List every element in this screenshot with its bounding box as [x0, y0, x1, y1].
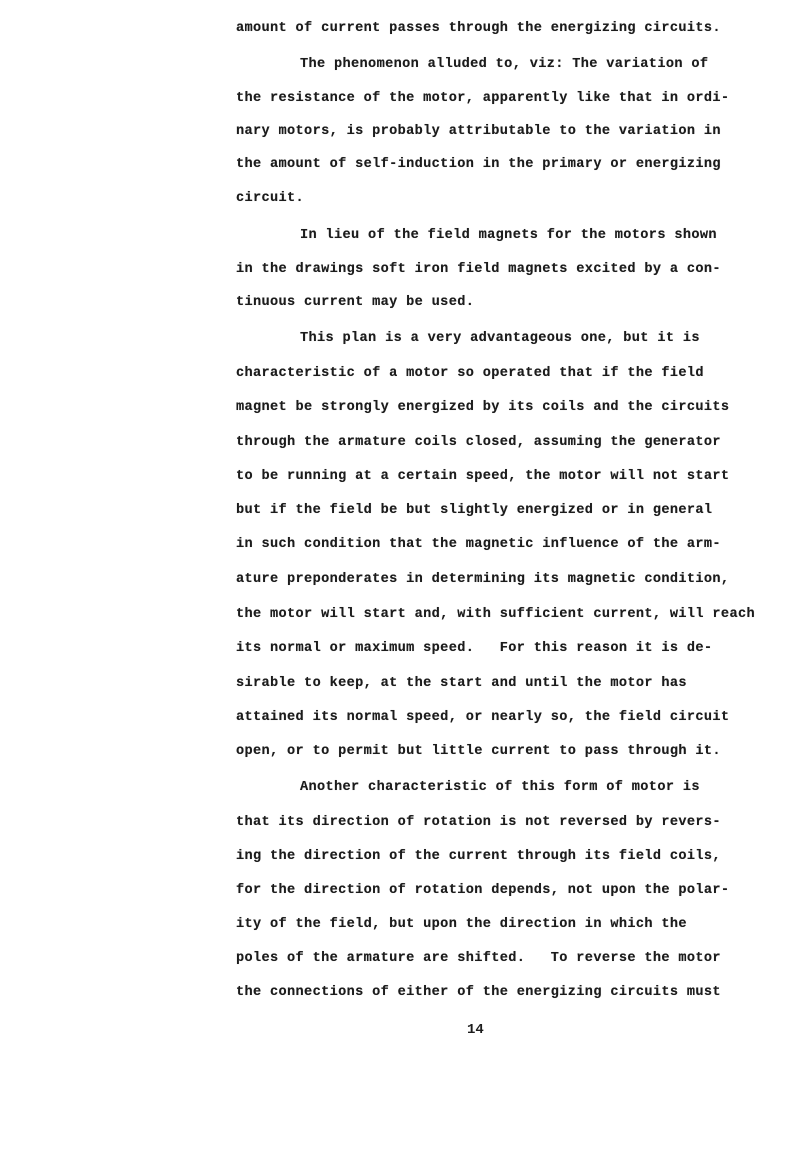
- text-line: for the direction of rotation depends, n…: [236, 881, 729, 901]
- document-page: amount of current passes through the ene…: [0, 0, 807, 1152]
- text-line: The phenomenon alluded to, viz: The vari…: [300, 55, 708, 75]
- text-line: its normal or maximum speed. For this re…: [236, 639, 712, 659]
- text-line: characteristic of a motor so operated th…: [236, 364, 704, 384]
- text-line: attained its normal speed, or nearly so,…: [236, 708, 729, 728]
- text-line: the amount of self-induction in the prim…: [236, 155, 721, 175]
- text-line: tinuous current may be used.: [236, 293, 474, 313]
- text-line: nary motors, is probably attributable to…: [236, 122, 721, 142]
- text-line: ature preponderates in determining its m…: [236, 570, 729, 590]
- text-line: circuit.: [236, 189, 304, 209]
- text-line: the resistance of the motor, apparently …: [236, 89, 729, 109]
- text-line: to be running at a certain speed, the mo…: [236, 467, 729, 487]
- text-line: amount of current passes through the ene…: [236, 19, 721, 39]
- text-line: ity of the field, but upon the direction…: [236, 915, 687, 935]
- text-line: the connections of either of the energiz…: [236, 983, 721, 1003]
- text-line: This plan is a very advantageous one, bu…: [300, 329, 700, 349]
- text-line: Another characteristic of this form of m…: [300, 778, 700, 798]
- page-number: 14: [467, 1020, 484, 1040]
- text-line: that its direction of rotation is not re…: [236, 813, 721, 833]
- text-line: sirable to keep, at the start and until …: [236, 674, 687, 694]
- text-line: the motor will start and, with sufficien…: [236, 605, 755, 625]
- text-line: open, or to permit but little current to…: [236, 742, 721, 762]
- text-line: through the armature coils closed, assum…: [236, 433, 721, 453]
- text-line: In lieu of the field magnets for the mot…: [300, 226, 717, 246]
- text-line: in such condition that the magnetic infl…: [236, 535, 721, 555]
- text-line: magnet be strongly energized by its coil…: [236, 398, 729, 418]
- text-line: but if the field be but slightly energiz…: [236, 501, 712, 521]
- text-line: in the drawings soft iron field magnets …: [236, 260, 721, 280]
- text-line: poles of the armature are shifted. To re…: [236, 949, 721, 969]
- text-line: ing the direction of the current through…: [236, 847, 721, 867]
